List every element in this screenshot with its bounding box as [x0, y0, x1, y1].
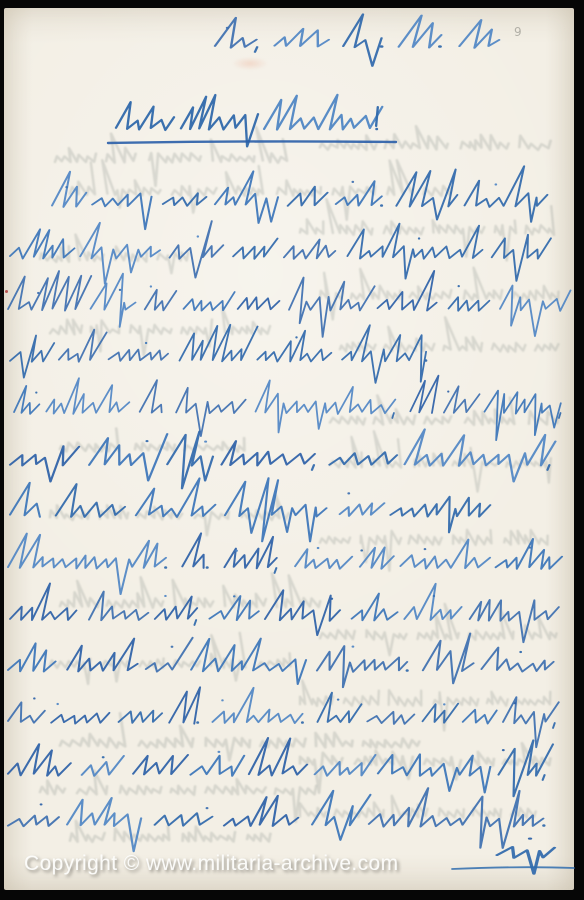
ghost-writing-line	[320, 530, 548, 571]
ghost-writing-line	[50, 633, 290, 684]
ghost-writing-line	[70, 160, 451, 220]
body-line	[8, 788, 546, 851]
ghost-writing-line	[320, 126, 551, 150]
salutation-underline	[108, 141, 396, 143]
body-line	[14, 376, 561, 441]
body-line	[8, 533, 562, 594]
pencil-mark: 9	[514, 25, 522, 39]
ghost-writing-line	[320, 268, 558, 320]
ghost-writing-line	[340, 317, 558, 352]
ghost-writing-line	[60, 428, 244, 452]
ghost-writing-line	[50, 307, 270, 355]
body-line	[10, 429, 555, 488]
red-ink-dot	[5, 290, 8, 293]
catchword	[497, 838, 554, 874]
ghost-show-through	[40, 126, 558, 842]
body-line	[52, 166, 547, 229]
copyright-watermark: Copyright © www.militaria-archive.com	[24, 852, 399, 876]
ghost-writing-line	[300, 199, 554, 260]
body-line	[8, 634, 554, 688]
salutation-line	[116, 95, 382, 147]
ink-smudge	[232, 57, 268, 70]
body-line	[10, 325, 427, 383]
handwriting-svg	[0, 0, 584, 900]
body-line	[10, 478, 490, 541]
ghost-writing-line	[60, 713, 419, 760]
catchword-underline	[452, 867, 574, 869]
scan-frame: 9 Copyright © www.militaria-archive.com	[0, 0, 584, 900]
